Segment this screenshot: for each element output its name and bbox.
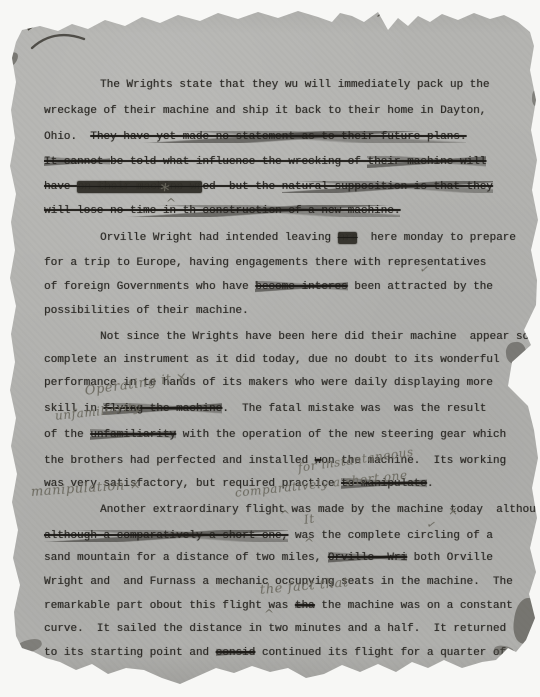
typed-text: of the [44, 429, 90, 441]
typed-line: have on their machine wred but the natur… [44, 180, 493, 194]
tear-shadow [0, 512, 17, 536]
typed-line: will lose no time in th construction of … [44, 204, 400, 218]
struck-through-text: ed but the [202, 181, 281, 193]
tear-shadow [15, 637, 43, 655]
tear-shadow [0, 389, 12, 417]
struck-through-text: It cannot [44, 156, 110, 168]
document-scan: The Wrights state that they wu will imme… [0, 0, 540, 697]
tear-shadow [511, 596, 540, 645]
pencil-mark: 7 [374, 5, 387, 22]
struck-through-text: unfamiliarity [90, 429, 176, 441]
struck-through-text: become interes [255, 281, 347, 293]
typed-text: Not since the Wrights have been here did… [100, 331, 529, 343]
typed-text: was the complete circling of a [288, 530, 493, 542]
paper-sheet: The Wrights state that they wu will imme… [0, 0, 540, 697]
typed-text: continued its flight for a quarter of [255, 647, 506, 659]
typed-text: the brothers had perfected and installed [44, 455, 315, 467]
typed-text: both Orville [407, 552, 493, 564]
typed-line: of the unfamiliarity with the operation … [44, 428, 506, 442]
typed-line: sand mountain for a distance of two mile… [44, 551, 493, 565]
typed-line: The Wrights state that they wu will imme… [100, 78, 489, 92]
typed-line: the brothers had perfected and installed… [44, 454, 506, 468]
typed-line: Ohio. They have yet made no statement as… [44, 130, 466, 144]
typed-text: sand mountain for a distance of two mile… [44, 552, 328, 564]
typed-text: Ohio. [44, 131, 90, 143]
typed-text: The Wrights state that they wu will imme… [100, 79, 489, 91]
typed-line: to its starting point and consid continu… [44, 646, 506, 660]
typed-text: wreckage of their machine and ship it ba… [44, 105, 486, 117]
pencil-mark: × [448, 504, 459, 518]
typed-text: possibilities of their machine. [44, 305, 249, 317]
typed-line: possibilities of their machine. [44, 304, 249, 318]
struck-through-text: tha [295, 600, 315, 612]
typed-text: remarkable part obout this flight was [44, 600, 295, 612]
pencil-check: ✓ [419, 262, 431, 277]
handwritten-edit: It [303, 512, 316, 527]
struck-through-text: natural supposition is that they [282, 181, 493, 193]
caret-mark: ^ [304, 536, 315, 550]
typed-text: Another extraordinary flight was made by… [100, 504, 536, 516]
typed-text: . The fatal mistake was was the result [222, 403, 486, 415]
struck-through-text: will lose [44, 205, 110, 217]
struck-through-text: consid [216, 647, 256, 659]
struck-through-text: their machine will [367, 156, 486, 168]
typed-line: remarkable part obout this flight was th… [44, 599, 513, 613]
struck-through-text: They have yet made no statement as to th… [90, 131, 466, 143]
typed-line: Orville Wright had intended leaving hre … [100, 231, 516, 245]
tear-shadow [0, 543, 9, 558]
typed-text: with the operation of the new steering g… [176, 429, 506, 441]
tear-shadow [532, 90, 540, 106]
typed-line: Not since the Wrights have been here did… [100, 330, 529, 344]
blotted-out-text: on their machine wr [77, 181, 202, 193]
tear-shadow [0, 177, 13, 204]
typed-text: been attracted by the [348, 281, 493, 293]
typed-text: Orville Wright had intended leaving [100, 232, 338, 244]
typed-line: of foreign Governments who have become i… [44, 280, 493, 294]
typed-text: complete an instrument as it did today, … [44, 354, 499, 366]
tear-shadow [0, 423, 7, 446]
struck-through-text: have [44, 181, 77, 193]
typed-line: Another extraordinary flight was made by… [100, 503, 536, 517]
tear-shadow [505, 341, 527, 365]
typed-line: curve. It sailed the distance in two min… [44, 622, 506, 636]
tear-shadow [5, 51, 20, 68]
typed-line: complete an instrument as it did today, … [44, 353, 499, 367]
blotted-out-text: hre [338, 232, 358, 244]
handwritten-edit: Operating it × [84, 370, 189, 399]
tear-shadow [0, 332, 6, 366]
typed-text: of foreign Governments who have [44, 281, 255, 293]
typed-text: the machine was on a constant [315, 600, 513, 612]
caret-mark: ^ [280, 508, 291, 522]
struck-through-text: Orville Wri [328, 552, 407, 564]
typed-line: wreckage of their machine and ship it ba… [44, 104, 486, 118]
typed-text: to its starting point and [44, 647, 216, 659]
typed-text: . [427, 478, 434, 490]
typed-text: here monday to prepare [357, 232, 515, 244]
typed-line: although a comparatively a short one, wa… [44, 529, 493, 543]
struck-through-text: no time in th construction of a new mach… [110, 205, 400, 217]
handwritten-edit: comparatively a short one [234, 468, 408, 500]
typed-text: curve. It sailed the distance in two min… [44, 623, 506, 635]
struck-through-text: be told what influence the wrecking of [110, 156, 367, 168]
typed-line: It cannot be told what influence the wre… [44, 155, 486, 169]
struck-through-text: although a comparatively a short one, [44, 530, 288, 542]
caret-mark: ^ [264, 607, 275, 621]
caret-mark: ^ [166, 196, 177, 210]
